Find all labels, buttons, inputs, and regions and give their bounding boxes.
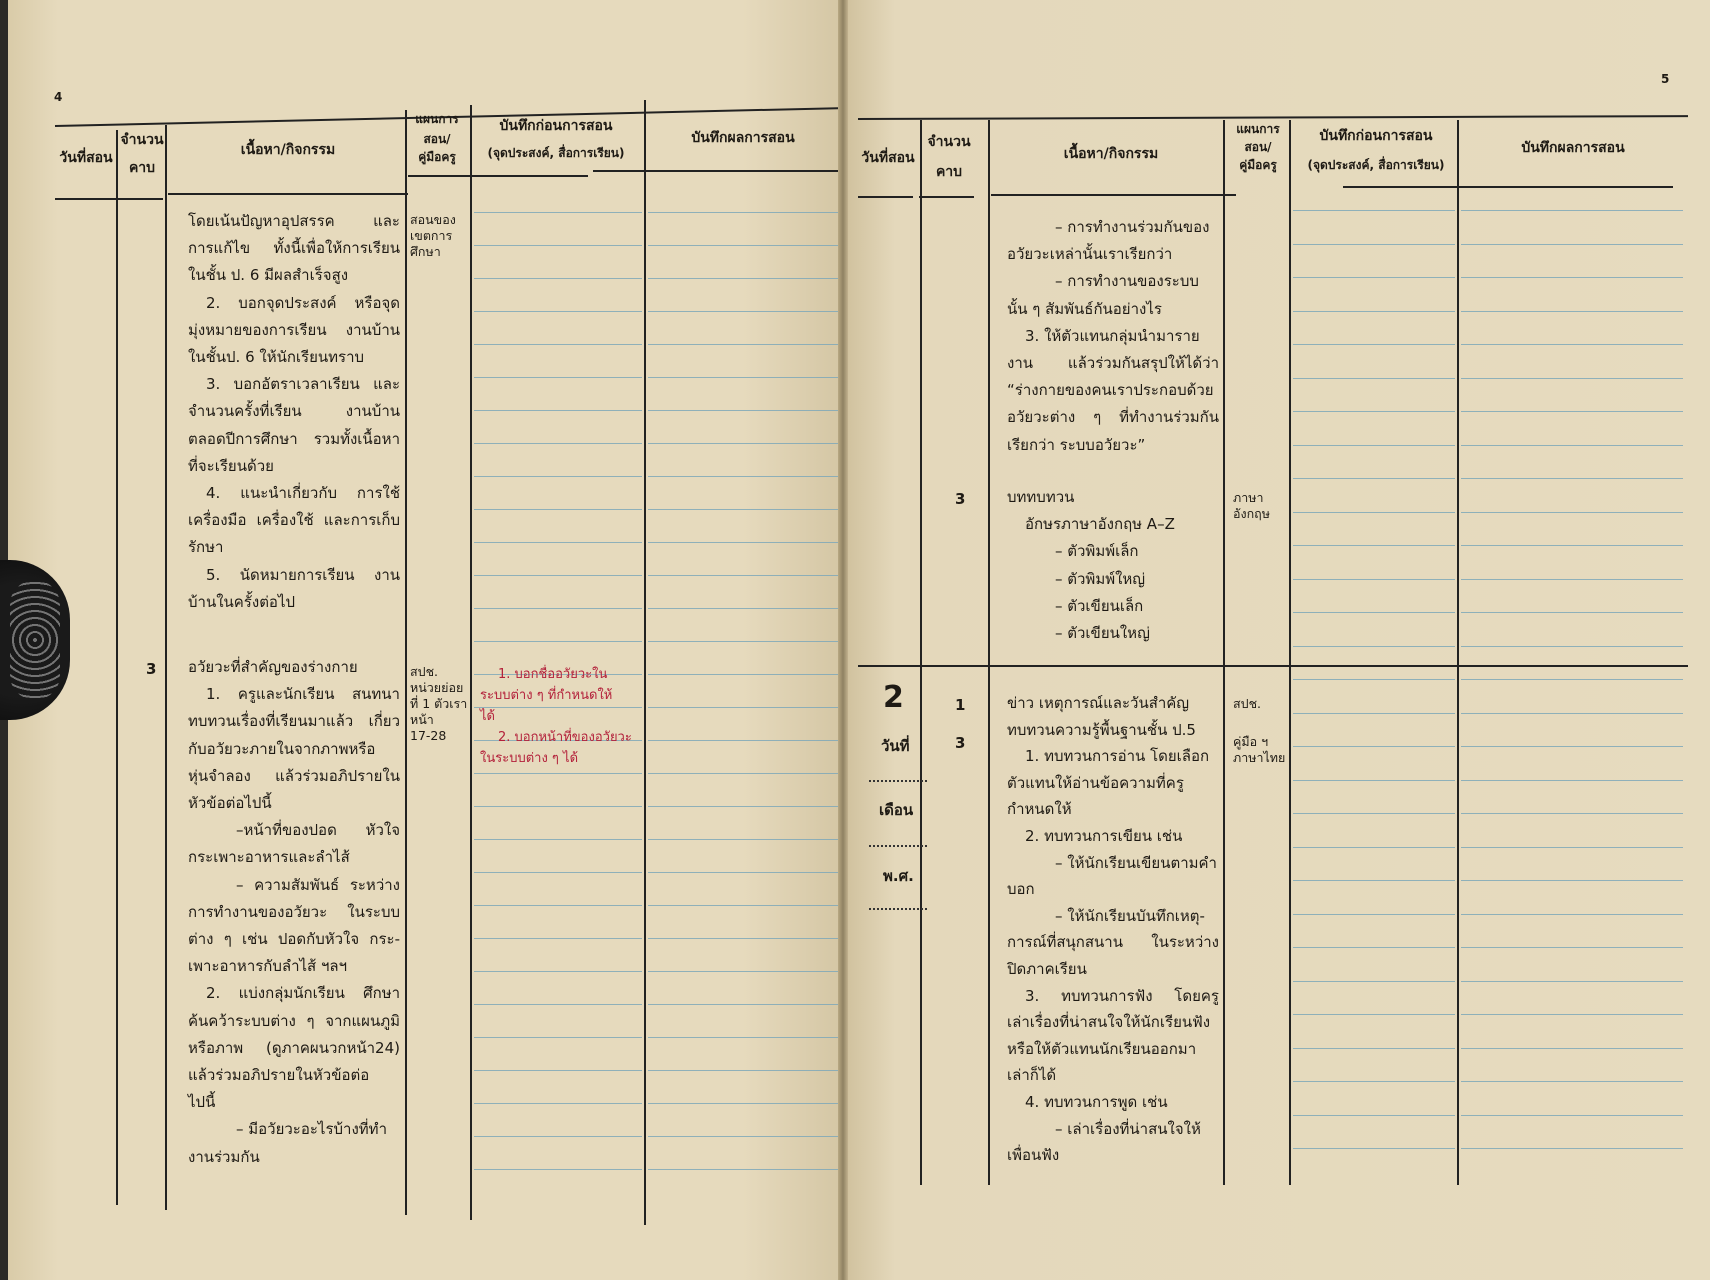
ruled-line [648, 311, 838, 312]
pre-note-line: ในระบบต่าง ๆ ได้ [480, 748, 640, 769]
text-line: – ความสัมพันธ์ ระหว่าง [188, 872, 400, 899]
ruled-line [1293, 746, 1455, 747]
text-line: กระเพาะอาหารและลำไส้ [188, 844, 400, 871]
ruled-line [1461, 512, 1683, 513]
ruled-line [1293, 981, 1455, 982]
text-line: หน้า [410, 712, 470, 728]
ruled-line [474, 1103, 642, 1104]
ruled-line [474, 905, 642, 906]
text-line: หุ่นจำลอง แล้วร่วมอภิปรายใน [188, 763, 400, 790]
ruled-line [1293, 1148, 1455, 1149]
content-column-row2: อวัยวะที่สำคัญของร่างกาย1. ครูและนักเรีย… [188, 654, 400, 1171]
ruled-line [474, 1070, 642, 1071]
ruled-line [1461, 847, 1683, 848]
ruled-line [1461, 344, 1683, 345]
text-line: 3. ให้ตัวแทนกลุ่มนำมาราย [1007, 323, 1219, 350]
ruled-line [474, 806, 642, 807]
ruled-line [474, 542, 642, 543]
column-divider [988, 120, 990, 1185]
ruled-line [474, 509, 642, 510]
text-line: กับอวัยวะภายในจากภาพหรือ [188, 736, 400, 763]
ruled-line [474, 773, 642, 774]
ruled-line [1293, 713, 1455, 714]
ruled-line [1461, 1148, 1683, 1149]
text-line: 2. ทบทวนการเขียน เช่น [1007, 823, 1219, 850]
ruled-line [648, 278, 838, 279]
column-divider [920, 120, 922, 1185]
text-line: การทำงานของอวัยวะ ในระบบ [188, 899, 400, 926]
header-post: บันทึกผลการสอน [1463, 140, 1683, 158]
ruled-line [648, 542, 838, 543]
ruled-line [1293, 880, 1455, 881]
ruled-line [1293, 780, 1455, 781]
ruled-line [648, 1136, 838, 1137]
ruled-line [1461, 646, 1683, 647]
header-plan-l2: สอน/ [1227, 140, 1289, 155]
text-line: 1. ทบทวนการอ่าน โดยเลือก [1007, 743, 1219, 770]
ruled-line [1461, 478, 1683, 479]
ruled-line [474, 212, 642, 213]
header-plan-l3: คู่มือครู [406, 150, 468, 165]
text-line: ตัวแทนให้อ่านข้อความที่ครู [1007, 770, 1219, 797]
ruled-line [474, 1004, 642, 1005]
ruled-line [474, 971, 642, 972]
text-line: ในชั้นป. 6 ให้นักเรียนทราบ [188, 344, 400, 371]
text-line: เล่าก็ได้ [1007, 1062, 1219, 1089]
text-line: อวัยวะที่สำคัญของร่างกาย [188, 654, 400, 681]
text-line: ปิดภาคเรียน [1007, 956, 1219, 983]
ruled-line [474, 1169, 642, 1170]
text-line: 3. บอกอัตราเวลาเรียน และ [188, 371, 400, 398]
ruled-line [1461, 411, 1683, 412]
ruled-line [1293, 545, 1455, 546]
text-line: – เล่าเรื่องที่น่าสนใจให้ [1007, 1116, 1219, 1143]
day-label: วันที่ [881, 734, 910, 758]
ruled-line [474, 410, 642, 411]
text-line: ศึกษา [410, 244, 468, 260]
text-line: 5. นัดหมายการเรียน งาน [188, 562, 400, 589]
text-line: อักษรภาษาอังกฤษ A–Z [1007, 511, 1219, 538]
ruled-line [1461, 545, 1683, 546]
ruled-line [648, 971, 838, 972]
ruled-line [474, 245, 642, 246]
text-line: 1. ครูและนักเรียน สนทนา [188, 681, 400, 708]
column-divider [1457, 120, 1459, 1185]
text-line: ในชั้น ป. 6 มีผลสำเร็จสูง [188, 262, 400, 289]
page-number: 5 [1661, 72, 1669, 86]
ruled-line [1461, 947, 1683, 948]
month-label: เดือน [879, 798, 913, 822]
ruled-line [1293, 244, 1455, 245]
header-bottom-rule [919, 196, 974, 198]
ruled-line [648, 773, 838, 774]
text-line: งานร่วมกัน [188, 1144, 400, 1171]
text-line: – มีอวัยวะอะไรบ้างที่ทำ [188, 1116, 400, 1143]
pre-note-line: 2. บอกหน้าที่ของอวัยวะ [480, 727, 640, 748]
plan-note: ภาษาอังกฤษ [1233, 490, 1289, 522]
content-column: – การทำงานร่วมกันของอวัยวะเหล่านั้นเราเร… [1007, 214, 1219, 459]
ruled-line [474, 1037, 642, 1038]
ruled-line [1461, 713, 1683, 714]
text-line: การณ์ที่สนุกสนาน ในระหว่าง [1007, 929, 1219, 956]
pre-note-line: 1. บอกชื่ออวัยวะใน [480, 664, 640, 685]
ruled-line [1461, 746, 1683, 747]
ruled-line [648, 509, 838, 510]
header-post: บันทึกผลการสอน [648, 130, 838, 148]
header-plan-l1: แผนการ [406, 112, 468, 127]
plan-note: สปช. [1233, 696, 1261, 712]
ruled-line [474, 278, 642, 279]
year-blank[interactable] [869, 908, 927, 910]
header-bottom-rule [168, 193, 408, 195]
text-line: เล่าเรื่องที่น่าสนใจให้นักเรียนฟัง [1007, 1009, 1219, 1036]
header-periods-l1: จำนวน [120, 132, 164, 150]
header-periods-l2: คาบ [120, 160, 164, 178]
ruled-line [1293, 679, 1455, 680]
text-line: หรือภาพ (ดูภาคผนวกหน้า24) [188, 1035, 400, 1062]
pre-note-line: ได้ [480, 706, 640, 727]
ruled-line [648, 1070, 838, 1071]
header-bottom-rule [858, 196, 913, 198]
ruled-line [648, 740, 838, 741]
ruled-line [648, 707, 838, 708]
ruled-line [1461, 244, 1683, 245]
column-divider [1223, 120, 1225, 1185]
text-line: 2. แบ่งกลุ่มนักเรียน ศึกษา [188, 980, 400, 1007]
text-line: หรือให้ตัวแทนนักเรียนออกมา [1007, 1036, 1219, 1063]
ruled-line [1461, 1014, 1683, 1015]
text-line: ต่าง ๆ เช่น ปอดกับหัวใจ กระ- [188, 926, 400, 953]
text-line: บททบทวน [1007, 484, 1219, 511]
header-periods-l1: จำนวน [923, 134, 975, 152]
ruled-line [1293, 813, 1455, 814]
column-divider [1289, 120, 1291, 1185]
ruled-line [648, 245, 838, 246]
text-line: อวัยวะต่าง ๆ ที่ทำงานร่วมกัน [1007, 404, 1219, 431]
text-line: – ให้นักเรียนเขียนตามคำ [1007, 850, 1219, 877]
ruled-line [1461, 210, 1683, 211]
text-line: 4. ทบทวนการพูด เช่น [1007, 1089, 1219, 1116]
ruled-line [1293, 512, 1455, 513]
ruled-line [648, 608, 838, 609]
ruled-line [1293, 947, 1455, 948]
ruled-line [1461, 1115, 1683, 1116]
ruled-line [648, 1169, 838, 1170]
text-line: 3. ทบทวนการฟัง โดยครู [1007, 983, 1219, 1010]
text-line: – ให้นักเรียนบันทึกเหตุ- [1007, 903, 1219, 930]
ruled-line [474, 608, 642, 609]
ruled-line [1461, 914, 1683, 915]
text-line: สอนของ [410, 212, 468, 228]
text-line: อังกฤษ [1233, 506, 1289, 522]
column-divider [470, 105, 472, 1220]
header-plan-l2: สอน/ [406, 132, 468, 147]
pre-note-line: ระบบต่าง ๆ ที่กำหนดให้ [480, 685, 640, 706]
column-divider [644, 100, 646, 1225]
ruled-line [1293, 579, 1455, 580]
text-line: ข่าว เหตุการณ์และวันสำคัญ [1007, 690, 1219, 717]
ruled-line [1293, 411, 1455, 412]
column-divider [405, 110, 407, 1215]
plan-note: สอนของเขตการศึกษา [410, 212, 468, 260]
text-line: ทบทวนความรู้พื้นฐานชั้น ป.5 [1007, 717, 1219, 744]
ruled-line [1293, 1014, 1455, 1015]
ruled-line [1293, 478, 1455, 479]
book-spine [838, 0, 848, 1280]
text-line: อวัยวะเหล่านั้นเราเรียกว่า [1007, 241, 1219, 268]
header-bottom-rule [1343, 186, 1673, 188]
header-plan-l1: แผนการ [1227, 122, 1289, 137]
periods-count: 3 [146, 660, 156, 678]
text-line: 2. บอกจุดประสงค์ หรือจุด [188, 290, 400, 317]
ruled-line [1293, 847, 1455, 848]
text-line: เพื่อนฟัง [1007, 1142, 1219, 1169]
text-line: แล้วร่วมอภิปรายในหัวข้อต่อ [188, 1062, 400, 1089]
header-pre-l2: (จุดประสงค์, สื่อการเรียน) [1291, 158, 1461, 173]
header-bottom-rule [55, 198, 163, 200]
ruled-line [648, 1037, 838, 1038]
ruled-line [474, 575, 642, 576]
text-line: หัวข้อต่อไปนี้ [188, 790, 400, 817]
section-divider [858, 665, 1688, 667]
text-line: โดยเน้นปัญหาอุปสรรค และ [188, 208, 400, 235]
content-column: โดยเน้นปัญหาอุปสรรค และการแก้ไข ทั้งนี้เ… [188, 208, 400, 616]
ruled-line [1461, 378, 1683, 379]
ruled-line [1293, 210, 1455, 211]
text-line: – ตัวเขียนใหญ่ [1007, 620, 1219, 647]
ruled-line [474, 938, 642, 939]
header-content: เนื้อหา/กิจกรรม [168, 142, 408, 160]
ruled-line [474, 344, 642, 345]
ruled-line [1293, 914, 1455, 915]
text-line: บ้านในครั้งต่อไป [188, 589, 400, 616]
ruled-line [1461, 780, 1683, 781]
header-periods-l2: คาบ [923, 164, 975, 182]
text-line: บอก [1007, 876, 1219, 903]
text-line: หน่วยย่อย [410, 680, 470, 696]
ruled-line [474, 311, 642, 312]
text-line: ค้นคว้าระบบต่าง ๆ จากแผนภูมิ [188, 1008, 400, 1035]
ruled-line [1461, 880, 1683, 881]
text-line: – การทำงานร่วมกันของ [1007, 214, 1219, 241]
ruled-line [1293, 445, 1455, 446]
plan-note: คู่มือ ฯภาษาไทย [1233, 734, 1289, 766]
text-line: “ร่างกายของคนเราประกอบด้วย [1007, 377, 1219, 404]
text-line: ภาษา [1233, 490, 1289, 506]
ruled-line [1293, 277, 1455, 278]
ruled-line [648, 212, 838, 213]
ruled-line [1461, 1048, 1683, 1049]
header-pre-l2: (จุดประสงค์, สื่อการเรียน) [470, 146, 642, 161]
ruled-line [648, 476, 838, 477]
text-line: สปช. [410, 664, 470, 680]
text-line: ที่ 1 ตัวเรา [410, 696, 470, 712]
ruled-line [648, 938, 838, 939]
ruled-line [474, 641, 642, 642]
header-date: วันที่สอน [56, 150, 116, 168]
header-pre-l1: บันทึกก่อนการสอน [1291, 128, 1461, 146]
ruled-line [648, 872, 838, 873]
ruled-line [1461, 813, 1683, 814]
ruled-line [1461, 981, 1683, 982]
ruled-line [648, 344, 838, 345]
ruled-line [474, 443, 642, 444]
ruled-line [474, 1136, 642, 1137]
header-top-rule [858, 115, 1688, 120]
header-bottom-rule [408, 175, 588, 177]
text-line: เขตการ [410, 228, 468, 244]
ruled-line [648, 575, 838, 576]
ruled-line [648, 410, 838, 411]
text-line: ภาษาไทย [1233, 750, 1289, 766]
ruled-line [648, 674, 838, 675]
ruled-line [648, 806, 838, 807]
text-line: มุ่งหมายของการเรียน งานบ้าน [188, 317, 400, 344]
ruled-line [474, 377, 642, 378]
periods-count: 1 [955, 696, 965, 714]
text-line: งาน แล้วร่วมกันสรุปให้ได้ว่า [1007, 350, 1219, 377]
left-page: 4 วันที่สอน จำนวน คาบ เนื้อหา/กิจกรรม แผ… [8, 0, 843, 1280]
ruled-line [1293, 612, 1455, 613]
pre-teaching-notes: 1. บอกชื่ออวัยวะในระบบต่าง ๆ ที่กำหนดให้… [480, 664, 640, 769]
ruled-line [474, 839, 642, 840]
ruled-line [648, 839, 838, 840]
ruled-line [1293, 378, 1455, 379]
ruled-line [648, 905, 838, 906]
ruled-line [648, 1004, 838, 1005]
text-line: – การทำงานของระบบ [1007, 268, 1219, 295]
text-line: จำนวนครั้งที่เรียน งานบ้าน [188, 398, 400, 425]
day-number: 2 [883, 680, 904, 715]
text-line: ที่จะเรียนด้วย [188, 453, 400, 480]
day-blank[interactable] [869, 780, 927, 782]
column-divider [116, 130, 118, 1205]
ruled-line [474, 872, 642, 873]
text-line: ไปนี้ [188, 1089, 400, 1116]
text-line: –หน้าที่ของปอด หัวใจ [188, 817, 400, 844]
ruled-line [1293, 646, 1455, 647]
ruled-line [1461, 612, 1683, 613]
ruled-line [648, 377, 838, 378]
periods-count: 3 [955, 490, 965, 508]
header-pre-l1: บันทึกก่อนการสอน [470, 118, 642, 136]
text-line: กำหนดให้ [1007, 796, 1219, 823]
right-page: 5 วันที่สอน จำนวน คาบ เนื้อหา/กิจกรรม แผ… [843, 0, 1710, 1280]
ruled-line [474, 476, 642, 477]
text-line: – ตัวพิมพ์ใหญ่ [1007, 566, 1219, 593]
column-divider [165, 125, 167, 1210]
header-date: วันที่สอน [857, 150, 919, 168]
ruled-line [648, 641, 838, 642]
plan-note-row2: สปช.หน่วยย่อยที่ 1 ตัวเราหน้า17-28 [410, 664, 470, 744]
periods-count: 3 [955, 734, 965, 752]
ruled-line [1461, 579, 1683, 580]
text-line: 17-28 [410, 728, 470, 744]
text-line: ตลอดปีการศึกษา รวมทั้งเนื้อหา [188, 426, 400, 453]
ruled-line [1461, 679, 1683, 680]
page-number: 4 [54, 90, 62, 104]
text-line: ทบทวนเรื่องที่เรียนมาแล้ว เกี่ยว [188, 708, 400, 735]
month-blank[interactable] [869, 845, 927, 847]
ruled-line [648, 1103, 838, 1104]
header-plan-l3: คู่มือครู [1227, 158, 1289, 173]
ruled-line [1461, 277, 1683, 278]
text-line: – ตัวพิมพ์เล็ก [1007, 538, 1219, 565]
header-bottom-rule [593, 170, 843, 172]
day2-content: ข่าว เหตุการณ์และวันสำคัญทบทวนความรู้พื้… [1007, 690, 1219, 1169]
text-line: 4. แนะนำเกี่ยวกับ การใช้ [188, 480, 400, 507]
text-line: เพาะอาหารกับลำไส้ ฯลฯ [188, 953, 400, 980]
ruled-line [1461, 311, 1683, 312]
ruled-line [1293, 344, 1455, 345]
text-line: คู่มือ ฯ [1233, 734, 1289, 750]
text-line: นั้น ๆ สัมพันธ์กันอย่างไร [1007, 296, 1219, 323]
text-line: เรียกว่า ระบบอวัยวะ” [1007, 432, 1219, 459]
year-label: พ.ศ. [883, 864, 914, 888]
text-line: – ตัวเขียนเล็ก [1007, 593, 1219, 620]
ruled-line [1461, 445, 1683, 446]
ruled-line [1293, 311, 1455, 312]
text-line: การแก้ไข ทั้งนี้เพื่อให้การเรียน [188, 235, 400, 262]
ruled-line [648, 443, 838, 444]
text-line: รักษา [188, 534, 400, 561]
ruled-line [1293, 1081, 1455, 1082]
ruled-line [1293, 1115, 1455, 1116]
text-line: เครื่องมือ เครื่องใช้ และการเก็บ [188, 507, 400, 534]
ruled-line [1461, 1081, 1683, 1082]
header-content: เนื้อหา/กิจกรรม [991, 146, 1231, 164]
ruled-line [1293, 1048, 1455, 1049]
header-bottom-rule [991, 194, 1236, 196]
review-block: บททบทวนอักษรภาษาอังกฤษ A–Z– ตัวพิมพ์เล็ก… [1007, 484, 1219, 647]
